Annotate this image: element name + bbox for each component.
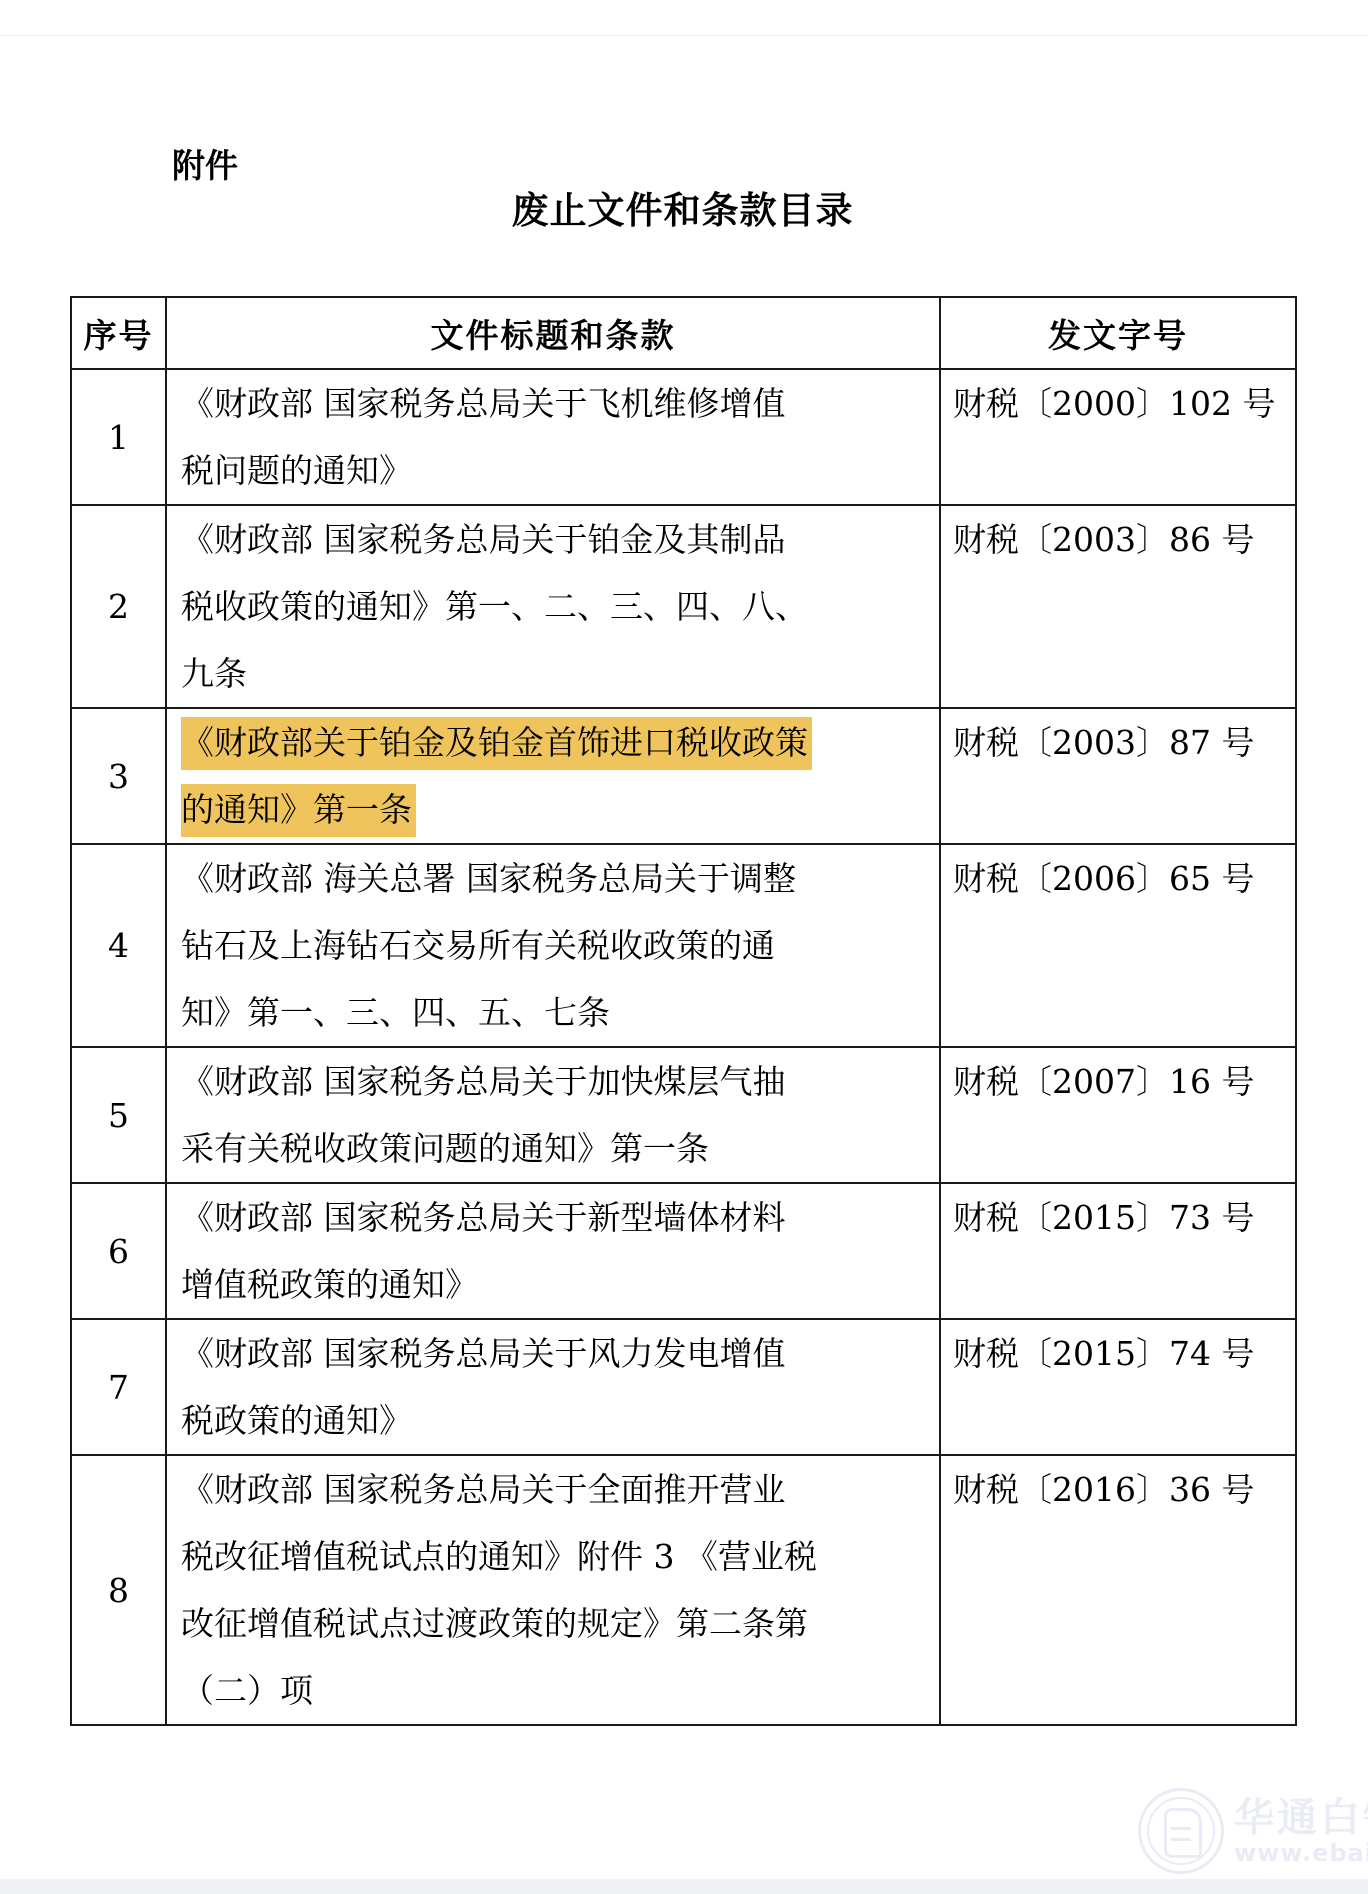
abolished-documents-table: 序号 文件标题和条款 发文字号 1 《财政部 国家税务总局关于飞机维修增值税问题… (70, 296, 1297, 1726)
watermark-outer-ring (1138, 1788, 1224, 1874)
highlighted-text: 的通知》第一条 (181, 784, 416, 837)
row-document-number: 财税〔2003〕86 号 (940, 505, 1296, 708)
row-document-title: 《财政部 国家税务总局关于铂金及其制品税收政策的通知》第一、二、三、四、八、九条 (166, 505, 940, 708)
document-title-line: 税问题的通知》 (181, 437, 929, 504)
page-bottom-strip (0, 1879, 1368, 1894)
table-row: 5 《财政部 国家税务总局关于加快煤层气抽采有关税收政策问题的通知》第一条 财税… (71, 1047, 1296, 1183)
table-row: 7 《财政部 国家税务总局关于风力发电增值税政策的通知》 财税〔2015〕74 … (71, 1319, 1296, 1455)
document-title-line: （二）项 (181, 1657, 929, 1724)
table-row: 3 《财政部关于铂金及铂金首饰进口税收政策的通知》第一条 财税〔2003〕87 … (71, 708, 1296, 844)
document-title-line: 九条 (181, 640, 929, 707)
attachment-label: 附件 (172, 146, 238, 186)
document-title-line: 《财政部 国家税务总局关于飞机维修增值 (181, 370, 929, 437)
watermark-site-name: 华通白银网 (1234, 1796, 1368, 1840)
document-title-line: 税政策的通知》 (181, 1387, 929, 1454)
row-serial-number: 3 (71, 708, 166, 844)
table-row: 4 《财政部 海关总署 国家税务总局关于调整钻石及上海钻石交易所有关税收政策的通… (71, 844, 1296, 1047)
document-title-line: 《财政部关于铂金及铂金首饰进口税收政策 (181, 709, 929, 776)
row-document-title: 《财政部 国家税务总局关于全面推开营业税改征增值税试点的通知》附件 3 《营业税… (166, 1455, 940, 1725)
row-serial-number: 2 (71, 505, 166, 708)
header-serial-number: 序号 (71, 297, 166, 369)
row-serial-number: 7 (71, 1319, 166, 1455)
page-title: 废止文件和条款目录 (70, 188, 1295, 234)
watermark-text: 华通白银网 www.ebaiyin.com (1234, 1796, 1368, 1866)
document-title-line: 《财政部 国家税务总局关于铂金及其制品 (181, 506, 929, 573)
highlighted-text: 《财政部关于铂金及铂金首饰进口税收政策 (181, 717, 812, 770)
page-top-divider (0, 35, 1368, 36)
document-title-line: 增值税政策的通知》 (181, 1251, 929, 1318)
document-title-line: 采有关税收政策问题的通知》第一条 (181, 1115, 929, 1182)
row-document-number: 财税〔2016〕36 号 (940, 1455, 1296, 1725)
row-document-number: 财税〔2006〕65 号 (940, 844, 1296, 1047)
row-document-number: 财税〔2015〕73 号 (940, 1183, 1296, 1319)
header-document-number: 发文字号 (940, 297, 1296, 369)
document-title-line: 改征增值税试点过渡政策的规定》第二条第 (181, 1590, 929, 1657)
row-document-title: 《财政部 国家税务总局关于风力发电增值税政策的通知》 (166, 1319, 940, 1455)
document-title-line: 税改征增值税试点的通知》附件 3 《营业税 (181, 1523, 929, 1590)
document-page: 附件 废止文件和条款目录 序号 文件标题和条款 发文字号 1 《财政部 国家税务… (0, 0, 1368, 1894)
row-document-title: 《财政部 国家税务总局关于加快煤层气抽采有关税收政策问题的通知》第一条 (166, 1047, 940, 1183)
document-title-line: 税收政策的通知》第一、二、三、四、八、 (181, 573, 929, 640)
row-document-title: 《财政部 海关总署 国家税务总局关于调整钻石及上海钻石交易所有关税收政策的通知》… (166, 844, 940, 1047)
row-document-title: 《财政部 国家税务总局关于新型墙体材料增值税政策的通知》 (166, 1183, 940, 1319)
document-title-line: 《财政部 国家税务总局关于全面推开营业 (181, 1456, 929, 1523)
row-document-title: 《财政部 国家税务总局关于飞机维修增值税问题的通知》 (166, 369, 940, 505)
row-serial-number: 4 (71, 844, 166, 1047)
table-row: 2 《财政部 国家税务总局关于铂金及其制品税收政策的通知》第一、二、三、四、八、… (71, 505, 1296, 708)
row-serial-number: 6 (71, 1183, 166, 1319)
header-document-title: 文件标题和条款 (166, 297, 940, 369)
document-title-line: 的通知》第一条 (181, 776, 929, 843)
row-serial-number: 1 (71, 369, 166, 505)
watermark-inner-ring (1147, 1797, 1215, 1865)
row-document-number: 财税〔2000〕102 号 (940, 369, 1296, 505)
document-title-line: 《财政部 国家税务总局关于加快煤层气抽 (181, 1048, 929, 1115)
document-title-line: 《财政部 国家税务总局关于风力发电增值 (181, 1320, 929, 1387)
row-serial-number: 5 (71, 1047, 166, 1183)
row-document-number: 财税〔2007〕16 号 (940, 1047, 1296, 1183)
watermark-logo-icon (1138, 1788, 1224, 1874)
document-title-line: 《财政部 海关总署 国家税务总局关于调整 (181, 845, 929, 912)
watermark-site-url: www.ebaiyin.com (1234, 1840, 1368, 1866)
watermark-e-glyph (1164, 1808, 1202, 1858)
row-document-number: 财税〔2015〕74 号 (940, 1319, 1296, 1455)
document-title-line: 《财政部 国家税务总局关于新型墙体材料 (181, 1184, 929, 1251)
table-row: 8 《财政部 国家税务总局关于全面推开营业税改征增值税试点的通知》附件 3 《营… (71, 1455, 1296, 1725)
watermark: 华通白银网 www.ebaiyin.com (1138, 1788, 1368, 1874)
document-title-line: 钻石及上海钻石交易所有关税收政策的通 (181, 912, 929, 979)
document-title-line: 知》第一、三、四、五、七条 (181, 979, 929, 1046)
table-row: 6 《财政部 国家税务总局关于新型墙体材料增值税政策的通知》 财税〔2015〕7… (71, 1183, 1296, 1319)
row-document-title: 《财政部关于铂金及铂金首饰进口税收政策的通知》第一条 (166, 708, 940, 844)
row-document-number: 财税〔2003〕87 号 (940, 708, 1296, 844)
row-serial-number: 8 (71, 1455, 166, 1725)
table-header-row: 序号 文件标题和条款 发文字号 (71, 297, 1296, 369)
table-row: 1 《财政部 国家税务总局关于飞机维修增值税问题的通知》 财税〔2000〕102… (71, 369, 1296, 505)
